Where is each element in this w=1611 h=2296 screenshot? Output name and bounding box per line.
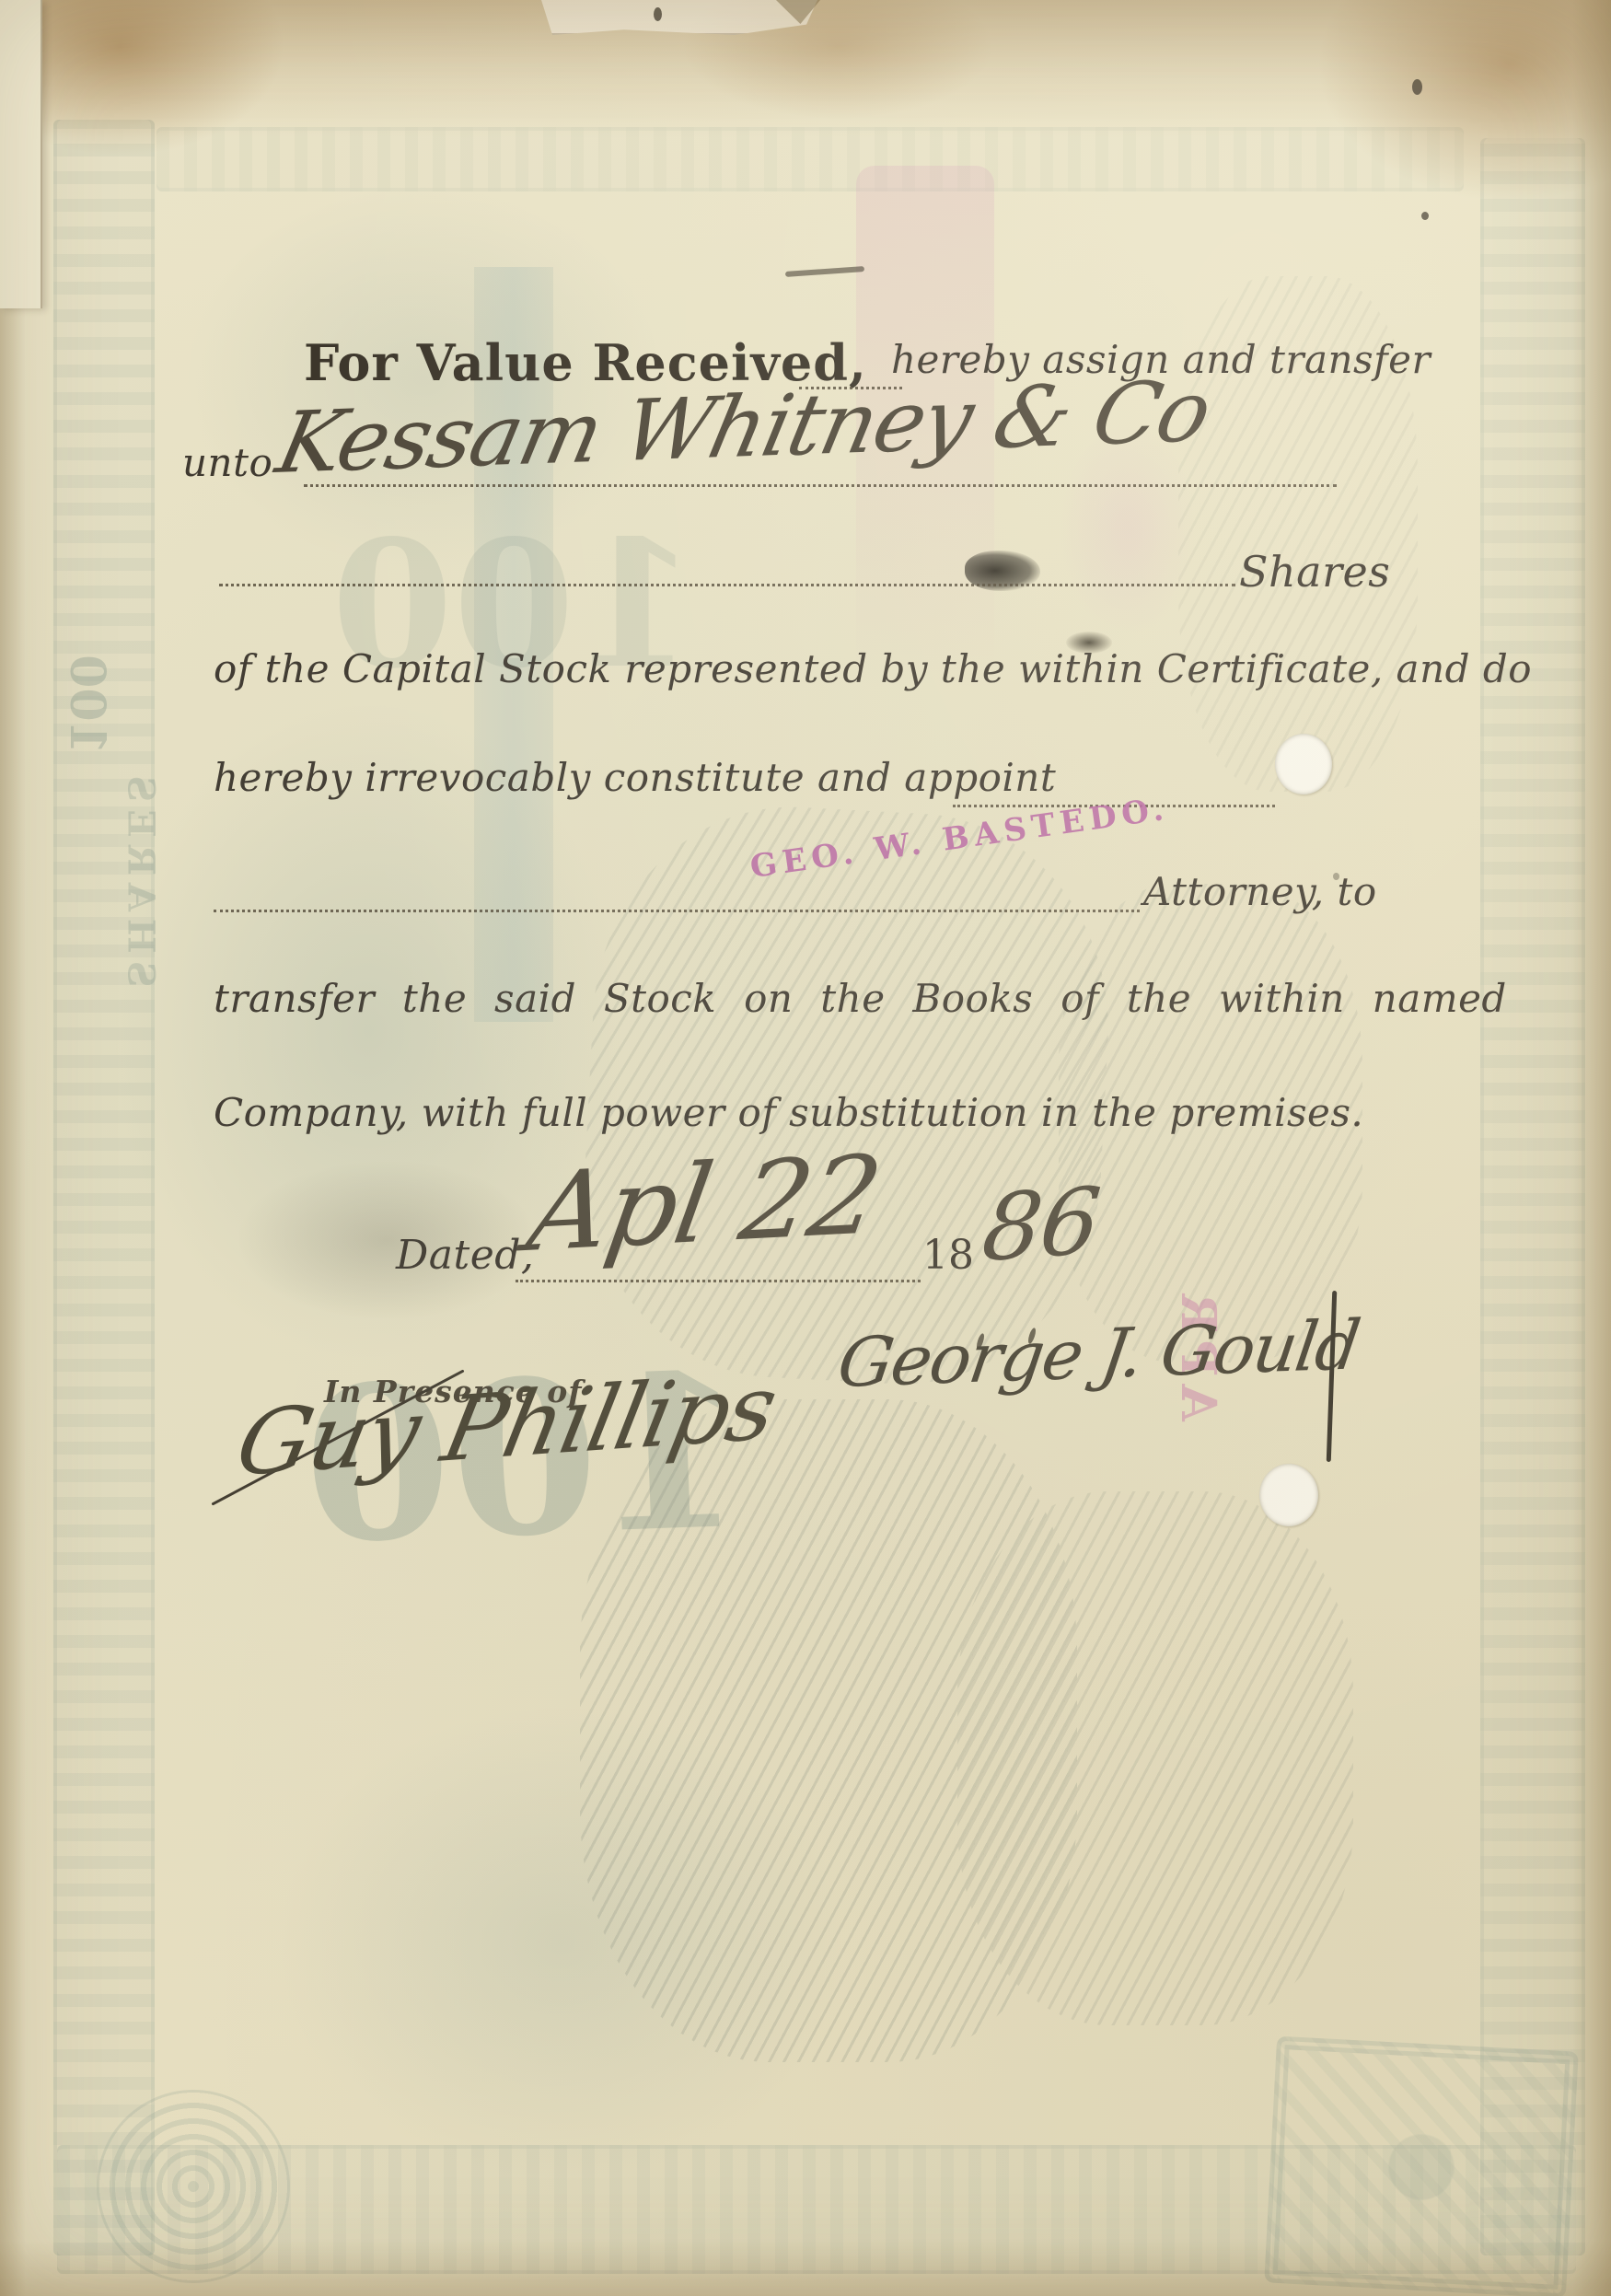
dated-label: Dated,: [396, 1232, 534, 1279]
blank-line-shares: [219, 584, 1235, 586]
transfer-line: transfer the said Stock on the Books of …: [214, 976, 1507, 1021]
ghost-100-left-edge: 100: [59, 655, 115, 755]
assignee-handwriting: Kessam Whitney & Co: [269, 362, 1219, 493]
witness-flourish-stroke: [211, 1369, 464, 1505]
document-scan: 100 100 100 SHARES SHARES APR For Value …: [0, 0, 1611, 2296]
stain-left-edge: [0, 0, 26, 2296]
ink-dash-mark: [785, 266, 864, 277]
value-received-heading: For Value Received,: [304, 333, 867, 392]
stain-gray-smudge: [239, 1162, 534, 1318]
ghost-corner-rosette: [97, 2090, 290, 2283]
ghost-100-upper: 100: [331, 502, 697, 707]
ink-smudge-shares-line: [965, 551, 1040, 591]
stain-top-middle: [681, 0, 994, 120]
appoint-line: hereby irrevocably constitute and appoin…: [214, 755, 1056, 800]
shares-label: Shares: [1239, 547, 1390, 597]
holder-signature: George J. Gould: [833, 1305, 1363, 1403]
ghost-hatching: [1059, 884, 1362, 1363]
stain-top-band: [0, 0, 1611, 138]
ghost-left-border: [53, 120, 155, 2255]
blank-line-assignor: [799, 387, 902, 389]
ghost-pink-overprint: [856, 166, 994, 690]
ghost-hatching: [1178, 276, 1418, 792]
witness-signature: Guy Phillips: [228, 1355, 783, 1497]
top-edge-notch: [776, 0, 820, 24]
ghost-vignette-blob: [110, 700, 626, 1363]
blank-line-date: [516, 1280, 921, 1282]
date-year-handwriting: 86: [978, 1167, 1104, 1282]
ink-speck: [1421, 212, 1429, 220]
stain-right-edge: [1572, 0, 1611, 2296]
ink-speck: [1333, 873, 1339, 880]
ghost-hatching: [574, 797, 1119, 1394]
ghost-corner-ornament: [1264, 2036, 1579, 2296]
ink-smudge-small: [1066, 632, 1112, 654]
stain-bottom-edge: [0, 2241, 1611, 2296]
ink-speck: [654, 7, 662, 21]
ghost-hatching: [580, 1399, 1077, 2062]
assign-clause-text: hereby assign and transfer: [891, 337, 1431, 382]
blank-line-attorney: [214, 910, 1140, 912]
ghost-apr-date-stamp: APR: [1170, 1286, 1226, 1421]
unto-label: unto: [182, 440, 272, 485]
ghost-bottom-border: [57, 2145, 1576, 2274]
punch-hole-bottom: [1259, 1464, 1318, 1526]
witness-label: In Presence of: [324, 1374, 582, 1409]
ghost-vignette-blob: [276, 1703, 847, 2182]
punch-hole-top: [1275, 734, 1332, 794]
signature-tick-mark: [1026, 1328, 1037, 1345]
date-century-printed: 18: [922, 1232, 974, 1279]
underlying-paper-slip: [0, 0, 42, 308]
stain-top-right: [1316, 0, 1611, 203]
date-day-handwriting: Apl 22: [520, 1131, 888, 1276]
signature-tick-mark: [975, 1333, 985, 1351]
capital-stock-line: of the Capital Stock represented by the …: [214, 646, 1532, 691]
ghost-pink-patch: [1059, 423, 1197, 635]
ghost-right-border: [1480, 138, 1585, 2255]
ghost-vignette-blob: [184, 184, 663, 571]
attorney-name-stamp: GEO. W. BASTEDO.: [748, 791, 1171, 886]
blank-line-attorney-name: [953, 805, 1275, 807]
top-edge-tear: [541, 0, 817, 35]
stain-top-left: [0, 0, 285, 157]
ghost-hatching: [957, 1491, 1353, 2025]
paper-tone-overlay: [0, 0, 1611, 2296]
ink-speck: [1412, 79, 1422, 95]
signature-pen-stroke: [1327, 1291, 1337, 1462]
ghost-top-border: [156, 127, 1464, 191]
ghost-100-large: 100: [299, 1328, 749, 1592]
company-line: Company, with full power of substitution…: [214, 1090, 1363, 1135]
attorney-label: Attorney, to: [1143, 869, 1377, 914]
ghost-center-column: [474, 267, 553, 1022]
ghost-shares-left-edge: SHARES: [120, 768, 163, 987]
blank-line-assignee: [304, 484, 1337, 487]
